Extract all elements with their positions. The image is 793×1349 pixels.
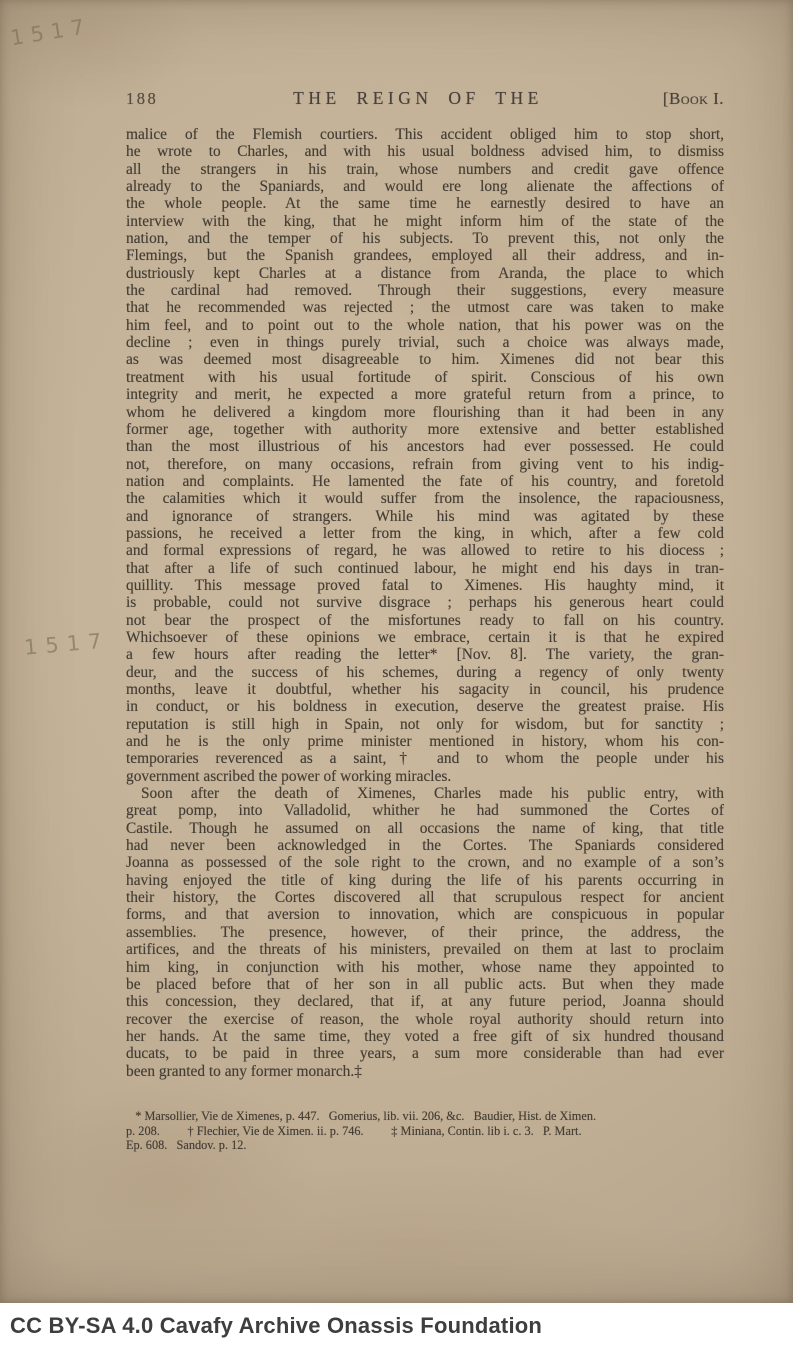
text-line: he wrote to Charles, and with his usual … [126,143,724,160]
text-line: whom he delivered a kingdom more flouris… [126,404,724,421]
license-text: CC BY-SA 4.0 Cavafy Archive Onassis Foun… [10,1313,542,1339]
text-line: their history, the Cortes discovered all… [126,889,724,906]
text-line: government ascribed the power of working… [126,768,724,785]
paper-stain [180,1160,640,1320]
footnotes: * Marsollier, Vie de Ximenes, p. 447. Go… [126,1109,724,1153]
text-line: and ignorance of strangers. While his mi… [126,508,724,525]
text-line: not, therefore, on many occasions, refra… [126,456,724,473]
text-line: not bear the prospect of the misfortunes… [126,612,724,629]
text-line: artifices, and the threats of his minist… [126,941,724,958]
text-line: been granted to any former monarch.‡ [126,1063,724,1080]
text-line: malice of the Flemish courtiers. This ac… [126,126,724,143]
text-line: Ep. 608. Sandov. p. 12. [126,1138,724,1153]
text-line: nation and complaints. He lamented the f… [126,473,724,490]
handwritten-note-top: 1517 [9,14,93,50]
text-line: Castile. Though he assumed on all occasi… [126,820,724,837]
text-line: that he recommended was rejected ; the u… [126,299,724,316]
text-line: Whichsoever of these opinions we embrace… [126,629,724,646]
text-line: temporaries reverenced as a saint,† and … [126,750,724,767]
book-label: [Book I. [638,89,724,109]
text-line: dustriously kept Charles at a distance f… [126,265,724,282]
text-line: p. 208. † Flechier, Vie de Ximen. ii. p.… [126,1124,724,1139]
paragraph-1: malice of the Flemish courtiers. This ac… [126,126,724,785]
text-line: and he is the only prime minister mentio… [126,733,724,750]
running-head: 188 THE REIGN OF THE [Book I. [126,88,724,109]
text-line: reputation is still high in Spain, not o… [126,716,724,733]
text-line: Soon after the death of Ximenes, Charles… [126,785,724,802]
text-line: * Marsollier, Vie de Ximenes, p. 447. Go… [126,1109,724,1124]
text-line: that after a life of such continued labo… [126,560,724,577]
text-line: had never been acknowledged in the Corte… [126,837,724,854]
text-line: Joanna as possessed of the sole right to… [126,854,724,871]
text-line: as was deemed most disagreeable to him. … [126,351,724,368]
text-line: the calamities which it would suffer fro… [126,490,724,507]
text-line: nation, and the temper of his subjects. … [126,230,724,247]
text-line: having enjoyed the title of king during … [126,872,724,889]
text-line: than the most illustrious of his ancesto… [126,438,724,455]
text-line: is probable, could not survive disgrace … [126,594,724,611]
text-line: already to the Spaniards, and would ere … [126,178,724,195]
text-line: recover the exercise of reason, the whol… [126,1011,724,1028]
text-line: all the strangers in his train, whose nu… [126,161,724,178]
screenshot-root: 1517 1517 188 THE REIGN OF THE [Book I. … [0,0,793,1349]
text-line: months, leave it doubtful, whether his s… [126,681,724,698]
text-line: her hands. At the same time, they voted … [126,1028,724,1045]
handwritten-note-middle: 1517 [23,628,110,659]
text-line: in conduct, or his boldness in execution… [126,698,724,715]
page-number: 188 [126,89,198,109]
text-line: quillity. This message proved fatal to X… [126,577,724,594]
text-line: great pomp, into Valladolid, whither he … [126,802,724,819]
text-line: this concession, they declared, that if,… [126,993,724,1010]
text-line: the cardinal had removed. Through their … [126,282,724,299]
text-line: decline ; even in things purely trivial,… [126,334,724,351]
text-line: a few hours after reading the letter* [N… [126,646,724,663]
text-line: him king, in conjunction with his mother… [126,959,724,976]
text-line: forms, and that aversion to innovation, … [126,906,724,923]
text-line: ducats, to be paid in three years, a sum… [126,1045,724,1062]
text-line: passions, he received a letter from the … [126,525,724,542]
text-line: assemblies. The presence, however, of th… [126,924,724,941]
text-line: deur, and the success of his schemes, du… [126,664,724,681]
running-title: THE REIGN OF THE [198,88,638,109]
text-line: the whole people. At the same time he ea… [126,195,724,212]
text-line: be placed before that of her son in all … [126,976,724,993]
text-line: and formal expressions of regard, he was… [126,542,724,559]
text-line: integrity and merit, he expected a more … [126,386,724,403]
text-line: former age, together with authority more… [126,421,724,438]
text-line: him feel, and to point out to the whole … [126,317,724,334]
paragraph-2: Soon after the death of Ximenes, Charles… [126,785,724,1080]
book-page-scan: 1517 1517 188 THE REIGN OF THE [Book I. … [0,0,793,1303]
printed-text-block: 188 THE REIGN OF THE [Book I. malice of … [126,88,724,1153]
license-bar: CC BY-SA 4.0 Cavafy Archive Onassis Foun… [0,1303,793,1349]
text-line: interview with the king, that he might i… [126,213,724,230]
text-line: treatment with his usual fortitude of sp… [126,369,724,386]
text-line: Flemings, but the Spanish grandees, empl… [126,247,724,264]
